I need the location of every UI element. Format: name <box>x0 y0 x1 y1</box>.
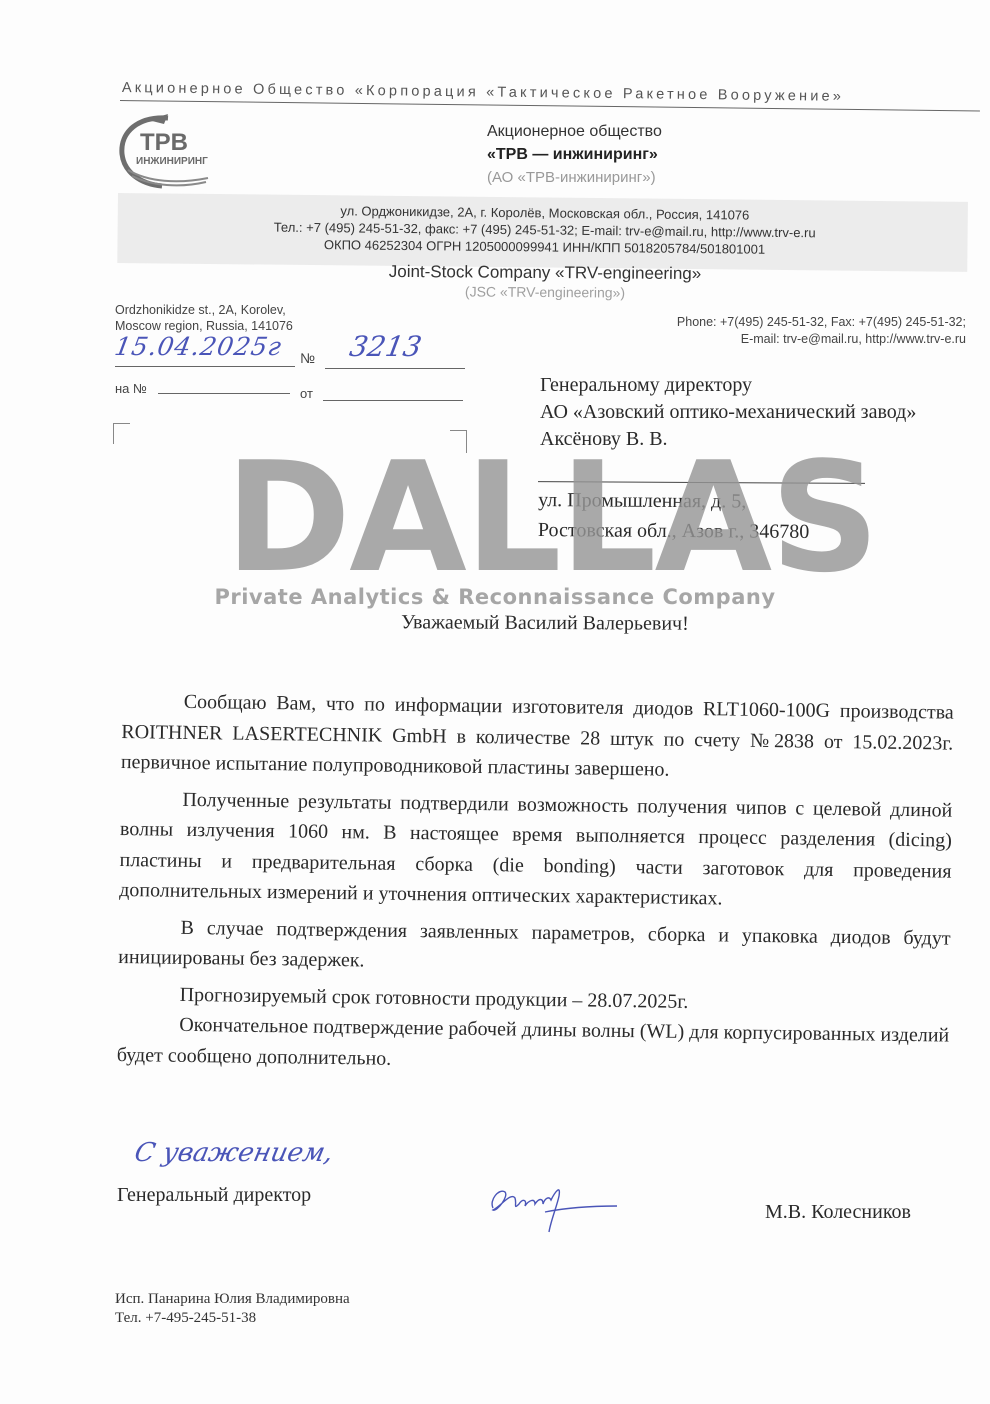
date-underline <box>115 366 295 367</box>
body-paragraph: Полученные результаты подтвердили возмож… <box>119 783 953 917</box>
letter-body: Сообщаю Вам, что по информации изготовит… <box>117 686 954 1082</box>
handwritten-signature-icon <box>485 1170 625 1240</box>
body-paragraph: Сообщаю Вам, что по информации изготовит… <box>121 686 954 789</box>
reply-date-underline <box>323 400 463 401</box>
english-contacts: Phone: +7(495) 245-51-32, Fax: +7(495) 2… <box>600 314 966 348</box>
closing-phrase: С уважением, <box>132 1138 336 1168</box>
english-address: Ordzhonikidze st., 2A, Korolev, Moscow r… <box>115 302 293 334</box>
executor-name: Исп. Панарина Юлия Владимировна <box>115 1290 350 1309</box>
company-requisites: ул. Орджоникидзе, 2А, г. Королёв, Москов… <box>119 200 969 260</box>
org-short-name: (АО «ТРВ-инжиниринг») <box>487 166 662 189</box>
english-phone-line: Phone: +7(495) 245-51-32, Fax: +7(495) 2… <box>600 314 966 331</box>
reply-to-number-label: на № <box>115 381 147 396</box>
watermark-subtitle: Private Analytics & Reconnaissance Compa… <box>200 585 790 609</box>
reply-from-label: от <box>300 386 313 401</box>
body-paragraph: Окончательное подтверждение рабочей длин… <box>117 1009 950 1082</box>
signatory-name: М.В. Колесников <box>765 1201 911 1224</box>
address-corner-mark-left <box>113 423 130 444</box>
english-address-line: Ordzhonikidze st., 2A, Korolev, <box>115 302 293 318</box>
trv-logo-icon: ТРВ ИНЖИНИРИНГ <box>118 112 218 190</box>
outgoing-number: 3213 <box>347 330 424 363</box>
org-name: «ТРВ — инжиниринг» <box>487 143 662 166</box>
salutation: Уважаемый Василий Валерьевич! <box>120 610 970 637</box>
watermark-title: DALLAS <box>225 448 765 588</box>
recipient-organization: АО «Азовский оптико-механический завод» <box>540 399 916 426</box>
signatory-position: Генеральный директор <box>117 1184 311 1207</box>
recipient-position: Генеральному директору <box>540 372 916 399</box>
org-type: Акционерное общество <box>487 120 662 143</box>
executor-phone: Тел. +7-495-245-51-38 <box>115 1309 350 1328</box>
number-label: № <box>300 350 315 366</box>
outgoing-date: 15.04.2025г <box>112 332 284 361</box>
reply-number-underline <box>158 393 290 394</box>
organization-name-block: Акционерное общество «ТРВ — инжиниринг» … <box>487 120 662 189</box>
body-paragraph: В случае подтверждения заявленных параме… <box>118 911 951 984</box>
english-email-line: E-mail: trv-e@mail.ru, http://www.trv-e.… <box>600 331 966 348</box>
svg-text:ТРВ: ТРВ <box>140 129 188 156</box>
number-underline <box>325 368 465 369</box>
executor-info: Исп. Панарина Юлия Владимировна Тел. +7-… <box>115 1290 350 1328</box>
svg-text:ИНЖИНИРИНГ: ИНЖИНИРИНГ <box>136 156 208 167</box>
